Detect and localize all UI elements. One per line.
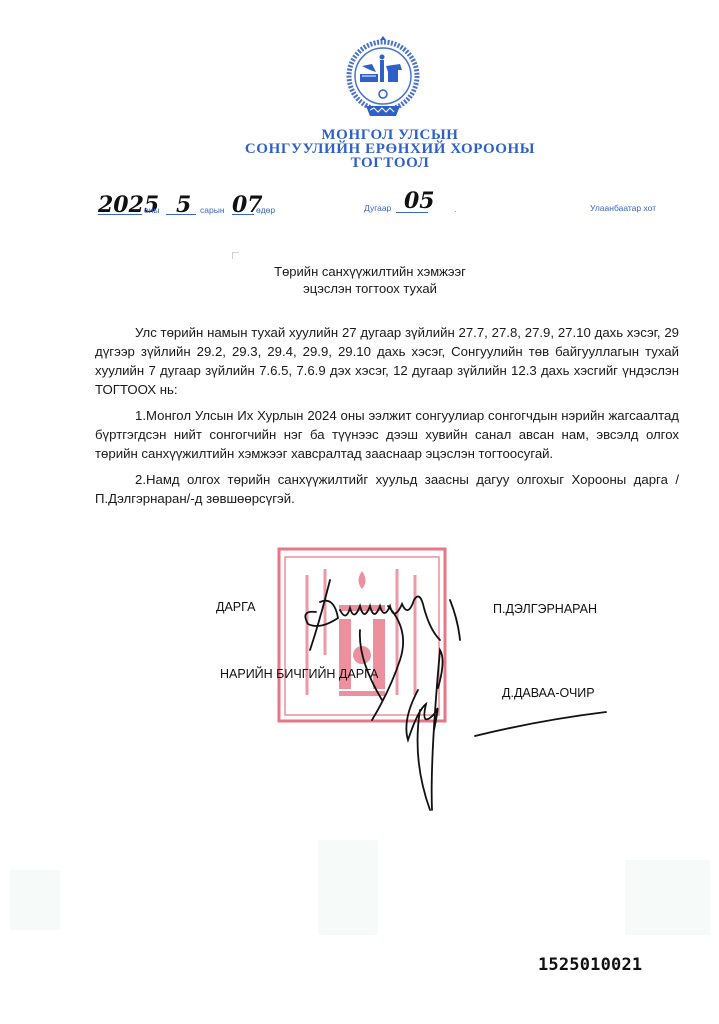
scan-artifact bbox=[318, 840, 378, 935]
org-title-line: ТОГТООЛ bbox=[180, 156, 600, 170]
subject-line: эцэслэн тогтоох тухай bbox=[200, 280, 540, 297]
serial-number: 1525010021 bbox=[538, 955, 642, 975]
month-label: сарын bbox=[200, 205, 225, 215]
scan-artifact bbox=[625, 860, 710, 935]
org-title-line: МОНГОЛ УЛСЫН bbox=[180, 128, 600, 142]
number-label: Дугаар bbox=[364, 203, 391, 213]
place-label: Улаанбаатар хот bbox=[590, 203, 656, 213]
document-body: Улс төрийн намын тухай хуулийн 27 дугаар… bbox=[95, 323, 679, 515]
handwritten-number: 05 bbox=[404, 188, 435, 214]
day-label: өдөр bbox=[256, 205, 275, 215]
document-subject: Төрийн санхүүжилтийн хэмжээг эцэслэн тог… bbox=[200, 263, 540, 297]
dot: . bbox=[454, 204, 456, 214]
handwritten-signatures bbox=[290, 560, 610, 820]
org-title: МОНГОЛ УЛСЫН СОНГУУЛИЙН ЕРӨНХИЙ ХОРООНЫ … bbox=[180, 128, 600, 170]
decision-item-1: 1.Монгол Улсын Их Хурлын 2024 оны ээлжит… bbox=[95, 406, 679, 463]
preamble-paragraph: Улс төрийн намын тухай хуулийн 27 дугаар… bbox=[95, 323, 679, 399]
year-label: оны bbox=[144, 205, 160, 215]
date-row: 2025 оны 5 сарын 07 өдөр Дугаар 05 . Ула… bbox=[98, 190, 678, 222]
mongolia-state-emblem-icon bbox=[344, 36, 422, 122]
corner-mark bbox=[232, 252, 239, 259]
scan-artifact bbox=[10, 870, 60, 930]
org-title-line: СОНГУУЛИЙН ЕРӨНХИЙ ХОРООНЫ bbox=[180, 142, 600, 156]
chair-title: ДАРГА bbox=[216, 600, 255, 614]
subject-line: Төрийн санхүүжилтийн хэмжээг bbox=[200, 263, 540, 280]
decision-item-2: 2.Намд олгох төрийн санхүүжилтийг хуульд… bbox=[95, 470, 679, 508]
